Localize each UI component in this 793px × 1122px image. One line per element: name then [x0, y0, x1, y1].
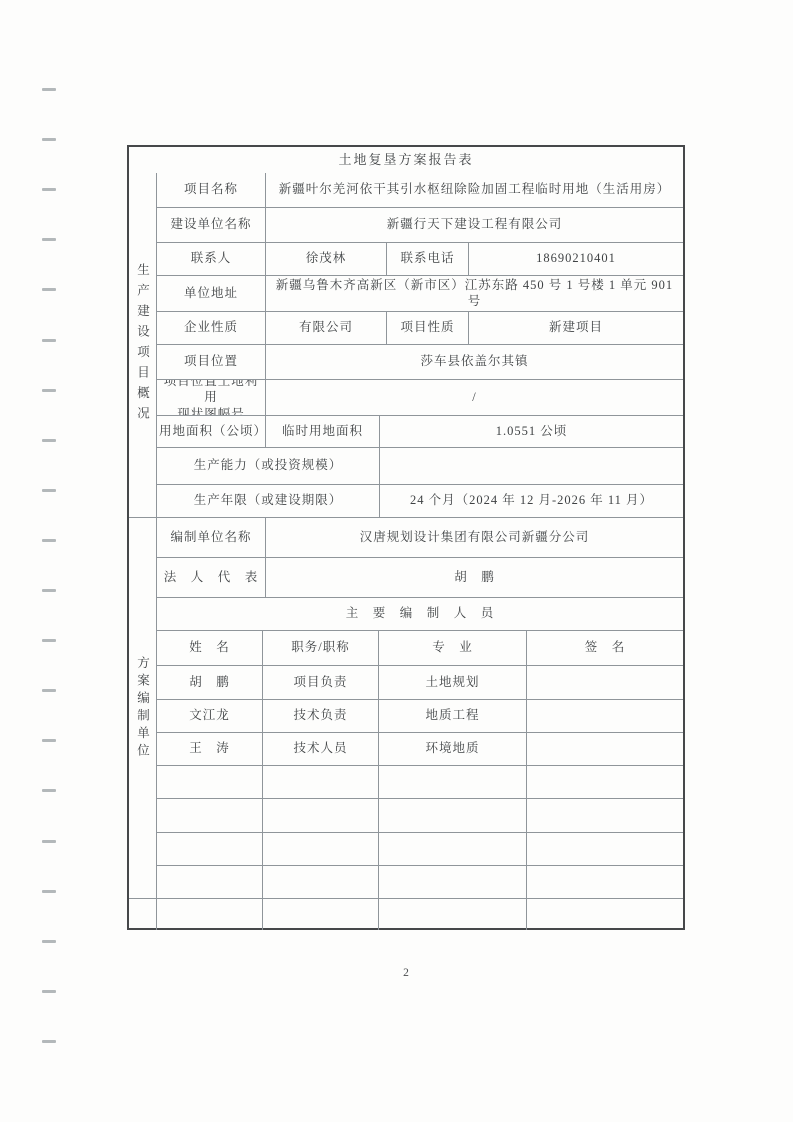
staff-row: 文江龙 技术负责 地质工程 [157, 699, 683, 732]
staff-major: 土地规划 [378, 666, 526, 699]
empty-staff-row [157, 832, 683, 865]
binding-mark [42, 890, 56, 893]
project-nature-label: 项目性质 [386, 312, 468, 344]
staff-name: 王 涛 [157, 733, 262, 765]
project-nature-value: 新建项目 [468, 312, 683, 344]
binding-mark [42, 439, 56, 442]
binding-mark [42, 339, 56, 342]
temporary-land-area-label: 临时用地面积 [265, 416, 379, 447]
legal-representative-label: 法 人 代 表 [157, 558, 265, 597]
binding-mark [42, 1040, 56, 1043]
table-row: 建设单位名称 新疆行天下建设工程有限公司 [157, 207, 683, 242]
staff-name: 文江龙 [157, 700, 262, 732]
unit-address-label: 单位地址 [157, 276, 265, 311]
binding-mark [42, 840, 56, 843]
table-row: 项目名称 新疆叶尔羌河依干其引水枢纽除险加固工程临时用地（生活用房） [157, 173, 683, 207]
table-row: 联系人 徐茂林 联系电话 18690210401 [157, 242, 683, 275]
staff-column-signature: 签 名 [526, 631, 683, 665]
production-period-label: 生产年限（或建设期限） [157, 485, 379, 517]
page-number: 2 [127, 967, 685, 979]
production-capacity-value [379, 448, 683, 484]
enterprise-nature-value: 有限公司 [265, 312, 386, 344]
compiler-name-value: 汉唐规划设计集团有限公司新疆分公司 [265, 518, 683, 557]
table-row: 生产能力（或投资规模） [157, 447, 683, 484]
staff-title: 项目负责 [262, 666, 378, 699]
staff-row: 王 涛 技术人员 环境地质 [157, 732, 683, 765]
table-row: 项目位置 莎车县依盖尔其镇 [157, 344, 683, 379]
compiler-name-label: 编制单位名称 [157, 518, 265, 557]
table-row: 土地复垦方案报告表 [129, 147, 683, 173]
legal-representative-value: 胡 鹏 [265, 558, 683, 597]
table-row: 主 要 编 制 人 员 [157, 597, 683, 630]
contact-person-value: 徐茂林 [265, 243, 386, 275]
binding-mark [42, 990, 56, 993]
staff-signature [526, 700, 683, 732]
staff-column-title: 职务/职称 [262, 631, 378, 665]
binding-mark [42, 689, 56, 692]
staff-header-row: 姓 名 职务/职称 专 业 签 名 [157, 630, 683, 665]
binding-mark [42, 940, 56, 943]
contact-person-label: 联系人 [157, 243, 265, 275]
project-location-value: 莎车县依盖尔其镇 [265, 345, 683, 379]
table-row: 单位地址 新疆乌鲁木齐高新区（新市区）江苏东路 450 号 1 号楼 1 单元 … [157, 275, 683, 311]
land-area-label: 用地面积（公顷） [157, 416, 265, 447]
builder-name-value: 新疆行天下建设工程有限公司 [265, 208, 683, 242]
staff-major: 环境地质 [378, 733, 526, 765]
enterprise-nature-label: 企业性质 [157, 312, 265, 344]
empty-bottom-row [157, 898, 683, 930]
binding-mark [42, 238, 56, 241]
contact-phone-value: 18690210401 [468, 243, 683, 275]
binding-mark [42, 539, 56, 542]
map-sheet-value: / [265, 380, 683, 415]
side-header-rail: 生产建设项目概况 方案编制单位 [129, 173, 157, 930]
table-row: 企业性质 有限公司 项目性质 新建项目 [157, 311, 683, 344]
table-row: 项目位置土地利用 现状图幅号 / [157, 379, 683, 415]
production-capacity-label: 生产能力（或投资规模） [157, 448, 379, 484]
builder-name-label: 建设单位名称 [157, 208, 265, 242]
temporary-land-area-value: 1.0551 公顷 [379, 416, 683, 447]
binding-mark [42, 88, 56, 91]
production-period-value: 24 个月（2024 年 12 月-2026 年 11 月） [379, 485, 683, 517]
empty-staff-row [157, 798, 683, 832]
staff-column-major: 专 业 [378, 631, 526, 665]
side-label-plan-compilation-unit: 方案编制单位 [129, 517, 156, 898]
side-label-production-project-overview: 生产建设项目概况 [129, 173, 156, 517]
main-staff-header: 主 要 编 制 人 员 [157, 598, 683, 630]
table-row: 用地面积（公顷） 临时用地面积 1.0551 公顷 [157, 415, 683, 447]
table-row: 编制单位名称 汉唐规划设计集团有限公司新疆分公司 [157, 517, 683, 557]
binding-mark [42, 188, 56, 191]
binding-mark [42, 138, 56, 141]
table-row: 生产年限（或建设期限） 24 个月（2024 年 12 月-2026 年 11 … [157, 484, 683, 517]
side-label-empty-cell [129, 898, 156, 930]
unit-address-value: 新疆乌鲁木齐高新区（新市区）江苏东路 450 号 1 号楼 1 单元 901 号 [265, 276, 683, 311]
project-name-value: 新疆叶尔羌河依干其引水枢纽除险加固工程临时用地（生活用房） [265, 173, 683, 207]
empty-staff-row [157, 865, 683, 898]
staff-name: 胡 鹏 [157, 666, 262, 699]
staff-signature [526, 733, 683, 765]
table-row: 法 人 代 表 胡 鹏 [157, 557, 683, 597]
empty-staff-row [157, 765, 683, 798]
staff-column-name: 姓 名 [157, 631, 262, 665]
table-title: 土地复垦方案报告表 [129, 147, 683, 173]
map-sheet-label-line2: 现状图幅号 [177, 406, 245, 415]
staff-row: 胡 鹏 项目负责 土地规划 [157, 665, 683, 699]
binding-mark [42, 789, 56, 792]
contact-phone-label: 联系电话 [386, 243, 468, 275]
staff-signature [526, 666, 683, 699]
project-location-label: 项目位置 [157, 345, 265, 379]
binding-mark [42, 288, 56, 291]
map-sheet-label: 项目位置土地利用 现状图幅号 [157, 380, 265, 415]
staff-major: 地质工程 [378, 700, 526, 732]
land-reclamation-report-table: 土地复垦方案报告表 生产建设项目概况 方案编制单位 项目名称 新疆叶尔羌河依干其… [127, 145, 685, 930]
binding-mark [42, 589, 56, 592]
binding-mark [42, 739, 56, 742]
binding-mark [42, 389, 56, 392]
binding-mark [42, 639, 56, 642]
staff-title: 技术负责 [262, 700, 378, 732]
map-sheet-label-line1: 项目位置土地利用 [159, 380, 263, 406]
binding-mark [42, 489, 56, 492]
staff-title: 技术人员 [262, 733, 378, 765]
project-name-label: 项目名称 [157, 173, 265, 207]
